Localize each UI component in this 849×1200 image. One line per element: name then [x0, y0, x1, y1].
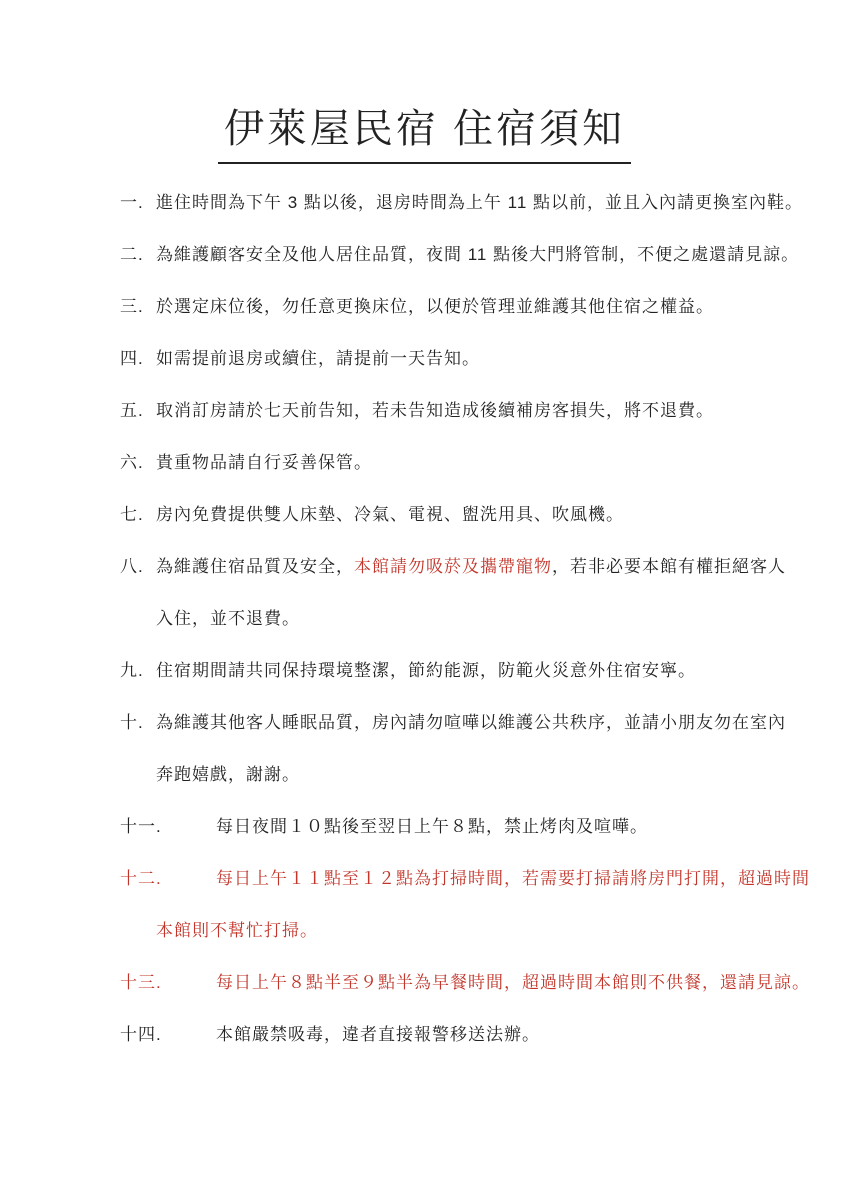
rule-line: 每日夜間１０點後至翌日上午８點，禁止烤肉及喧嘩。 — [216, 801, 849, 853]
page-title: 伊萊屋民宿 住宿須知 — [218, 104, 631, 164]
rule-item-9: 九. 住宿期間請共同保持環境整潔，節約能源，防範火災意外住宿安寧。 — [120, 645, 849, 697]
rule-item-12: 十二. 每日上午１１點至１２點為打掃時間，若需要打掃請將房門打開，超過時間 本館… — [120, 853, 849, 957]
rule-text: 於選定床位後，勿任意更換床位，以便於管理並維護其他住宿之權益。 — [156, 281, 849, 333]
rule-item-11: 十一. 每日夜間１０點後至翌日上午８點，禁止烤肉及喧嘩。 — [120, 801, 849, 853]
rule-number: 一. — [120, 177, 156, 229]
rule-line: 為維護住宿品質及安全，本館請勿吸菸及攜帶寵物，若非必要本館有權拒絕客人 — [156, 541, 849, 593]
rule-text: 為維護顧客安全及他人居住品質，夜間 11 點後大門將管制，不便之處還請見諒。 — [156, 229, 849, 281]
text-segment: 貴重物品請自行妥善保管。 — [156, 453, 372, 472]
rule-number: 十二. — [120, 853, 216, 905]
text-segment: ，若非必要本館有權拒絕客人 — [552, 557, 786, 576]
rule-line: 如需提前退房或續住，請提前一天告知。 — [156, 333, 849, 385]
rule-line: 貴重物品請自行妥善保管。 — [156, 437, 849, 489]
rule-number: 十三. — [120, 957, 216, 1009]
rule-number: 十四. — [120, 1009, 216, 1061]
rule-item-7: 七. 房內免費提供雙人床墊、冷氣、電視、盥洗用具、吹風機。 — [120, 489, 849, 541]
rule-text: 每日上午８點半至９點半為早餐時間，超過時間本館則不供餐，還請見諒。 — [216, 957, 849, 1009]
rule-line: 房內免費提供雙人床墊、冷氣、電視、盥洗用具、吹風機。 — [156, 489, 849, 541]
text-segment: 取消訂房請於七天前告知，若未告知造成後續補房客損失，將不退費。 — [156, 401, 714, 420]
rule-item-3: 三. 於選定床位後，勿任意更換床位，以便於管理並維護其他住宿之權益。 — [120, 281, 849, 333]
rule-line-continuation: 入住，並不退費。 — [156, 593, 849, 645]
text-segment: 為維護住宿品質及安全， — [156, 557, 354, 576]
rule-line: 每日上午１１點至１２點為打掃時間，若需要打掃請將房門打開，超過時間 — [216, 853, 849, 905]
rule-line: 本館嚴禁吸毒，違者直接報警移送法辦。 — [216, 1009, 849, 1061]
rule-item-10: 十. 為維護其他客人睡眠品質，房內請勿喧嘩以維護公共秩序，並請小朋友勿在室內 奔… — [120, 697, 849, 801]
rule-text: 進住時間為下午 3 點以後，退房時間為上午 11 點以前，並且入內請更換室內鞋。 — [156, 177, 849, 229]
text-segment: 奔跑嬉戲，謝謝。 — [156, 765, 300, 784]
rule-number: 二. — [120, 229, 156, 281]
title-area: 伊萊屋民宿 住宿須知 — [0, 0, 849, 164]
rule-item-8: 八. 為維護住宿品質及安全，本館請勿吸菸及攜帶寵物，若非必要本館有權拒絕客人 入… — [120, 541, 849, 645]
text-segment: 本館則不幫忙打掃。 — [156, 921, 318, 940]
rule-line: 進住時間為下午 3 點以後，退房時間為上午 11 點以前，並且入內請更換室內鞋。 — [156, 177, 849, 229]
rule-item-2: 二. 為維護顧客安全及他人居住品質，夜間 11 點後大門將管制，不便之處還請見諒… — [120, 229, 849, 281]
text-segment-emphasis: 本館請勿吸菸及攜帶寵物 — [354, 557, 552, 576]
rule-text: 房內免費提供雙人床墊、冷氣、電視、盥洗用具、吹風機。 — [156, 489, 849, 541]
rule-item-4: 四. 如需提前退房或續住，請提前一天告知。 — [120, 333, 849, 385]
rule-line: 為維護顧客安全及他人居住品質，夜間 11 點後大門將管制，不便之處還請見諒。 — [156, 229, 849, 281]
rule-number: 五. — [120, 385, 156, 437]
text-segment: 為維護顧客安全及他人居住品質，夜間 11 點後大門將管制，不便之處還請見諒。 — [156, 245, 799, 264]
text-segment: 進住時間為下午 3 點以後，退房時間為上午 11 點以前，並且入內請更換室內鞋。 — [156, 193, 803, 212]
rules-list: 一. 進住時間為下午 3 點以後，退房時間為上午 11 點以前，並且入內請更換室… — [120, 177, 849, 1061]
rule-item-1: 一. 進住時間為下午 3 點以後，退房時間為上午 11 點以前，並且入內請更換室… — [120, 177, 849, 229]
text-segment: 入住，並不退費。 — [156, 609, 300, 628]
rule-line: 每日上午８點半至９點半為早餐時間，超過時間本館則不供餐，還請見諒。 — [216, 957, 849, 1009]
rule-line-continuation: 本館則不幫忙打掃。 — [156, 905, 849, 957]
rule-number: 四. — [120, 333, 156, 385]
rule-number: 十一. — [120, 801, 216, 853]
text-segment: 住宿期間請共同保持環境整潔，節約能源，防範火災意外住宿安寧。 — [156, 661, 696, 680]
rule-line: 取消訂房請於七天前告知，若未告知造成後續補房客損失，將不退費。 — [156, 385, 849, 437]
text-segment: 房內免費提供雙人床墊、冷氣、電視、盥洗用具、吹風機。 — [156, 505, 624, 524]
text-segment: 本館嚴禁吸毒，違者直接報警移送法辦。 — [216, 1025, 540, 1044]
rule-number: 九. — [120, 645, 156, 697]
rule-item-5: 五. 取消訂房請於七天前告知，若未告知造成後續補房客損失，將不退費。 — [120, 385, 849, 437]
rule-line: 住宿期間請共同保持環境整潔，節約能源，防範火災意外住宿安寧。 — [156, 645, 849, 697]
rule-number: 六. — [120, 437, 156, 489]
rule-text: 如需提前退房或續住，請提前一天告知。 — [156, 333, 849, 385]
rule-text: 為維護住宿品質及安全，本館請勿吸菸及攜帶寵物，若非必要本館有權拒絕客人 入住，並… — [156, 541, 849, 645]
rule-text: 住宿期間請共同保持環境整潔，節約能源，防範火災意外住宿安寧。 — [156, 645, 849, 697]
rule-item-14: 十四. 本館嚴禁吸毒，違者直接報警移送法辦。 — [120, 1009, 849, 1061]
rule-number: 十. — [120, 697, 156, 749]
rule-line: 為維護其他客人睡眠品質，房內請勿喧嘩以維護公共秩序，並請小朋友勿在室內 — [156, 697, 849, 749]
text-segment: 每日上午１１點至１２點為打掃時間，若需要打掃請將房門打開，超過時間 — [216, 869, 810, 888]
rule-text: 取消訂房請於七天前告知，若未告知造成後續補房客損失，將不退費。 — [156, 385, 849, 437]
rule-text: 本館嚴禁吸毒，違者直接報警移送法辦。 — [216, 1009, 849, 1061]
rule-number: 八. — [120, 541, 156, 593]
text-segment: 如需提前退房或續住，請提前一天告知。 — [156, 349, 480, 368]
text-segment: 為維護其他客人睡眠品質，房內請勿喧嘩以維護公共秩序，並請小朋友勿在室內 — [156, 713, 786, 732]
text-segment: 於選定床位後，勿任意更換床位，以便於管理並維護其他住宿之權益。 — [156, 297, 714, 316]
rule-text: 每日夜間１０點後至翌日上午８點，禁止烤肉及喧嘩。 — [216, 801, 849, 853]
rule-text: 每日上午１１點至１２點為打掃時間，若需要打掃請將房門打開，超過時間 本館則不幫忙… — [216, 853, 849, 957]
rule-number: 三. — [120, 281, 156, 333]
rule-text: 為維護其他客人睡眠品質，房內請勿喧嘩以維護公共秩序，並請小朋友勿在室內 奔跑嬉戲… — [156, 697, 849, 801]
text-segment: 每日上午８點半至９點半為早餐時間，超過時間本館則不供餐，還請見諒。 — [216, 973, 810, 992]
text-segment: 每日夜間１０點後至翌日上午８點，禁止烤肉及喧嘩。 — [216, 817, 648, 836]
rule-text: 貴重物品請自行妥善保管。 — [156, 437, 849, 489]
rule-line: 於選定床位後，勿任意更換床位，以便於管理並維護其他住宿之權益。 — [156, 281, 849, 333]
rule-line-continuation: 奔跑嬉戲，謝謝。 — [156, 749, 849, 801]
rule-item-13: 十三. 每日上午８點半至９點半為早餐時間，超過時間本館則不供餐，還請見諒。 — [120, 957, 849, 1009]
notice-document: 伊萊屋民宿 住宿須知 一. 進住時間為下午 3 點以後，退房時間為上午 11 點… — [0, 0, 849, 1200]
rule-item-6: 六. 貴重物品請自行妥善保管。 — [120, 437, 849, 489]
rule-number: 七. — [120, 489, 156, 541]
